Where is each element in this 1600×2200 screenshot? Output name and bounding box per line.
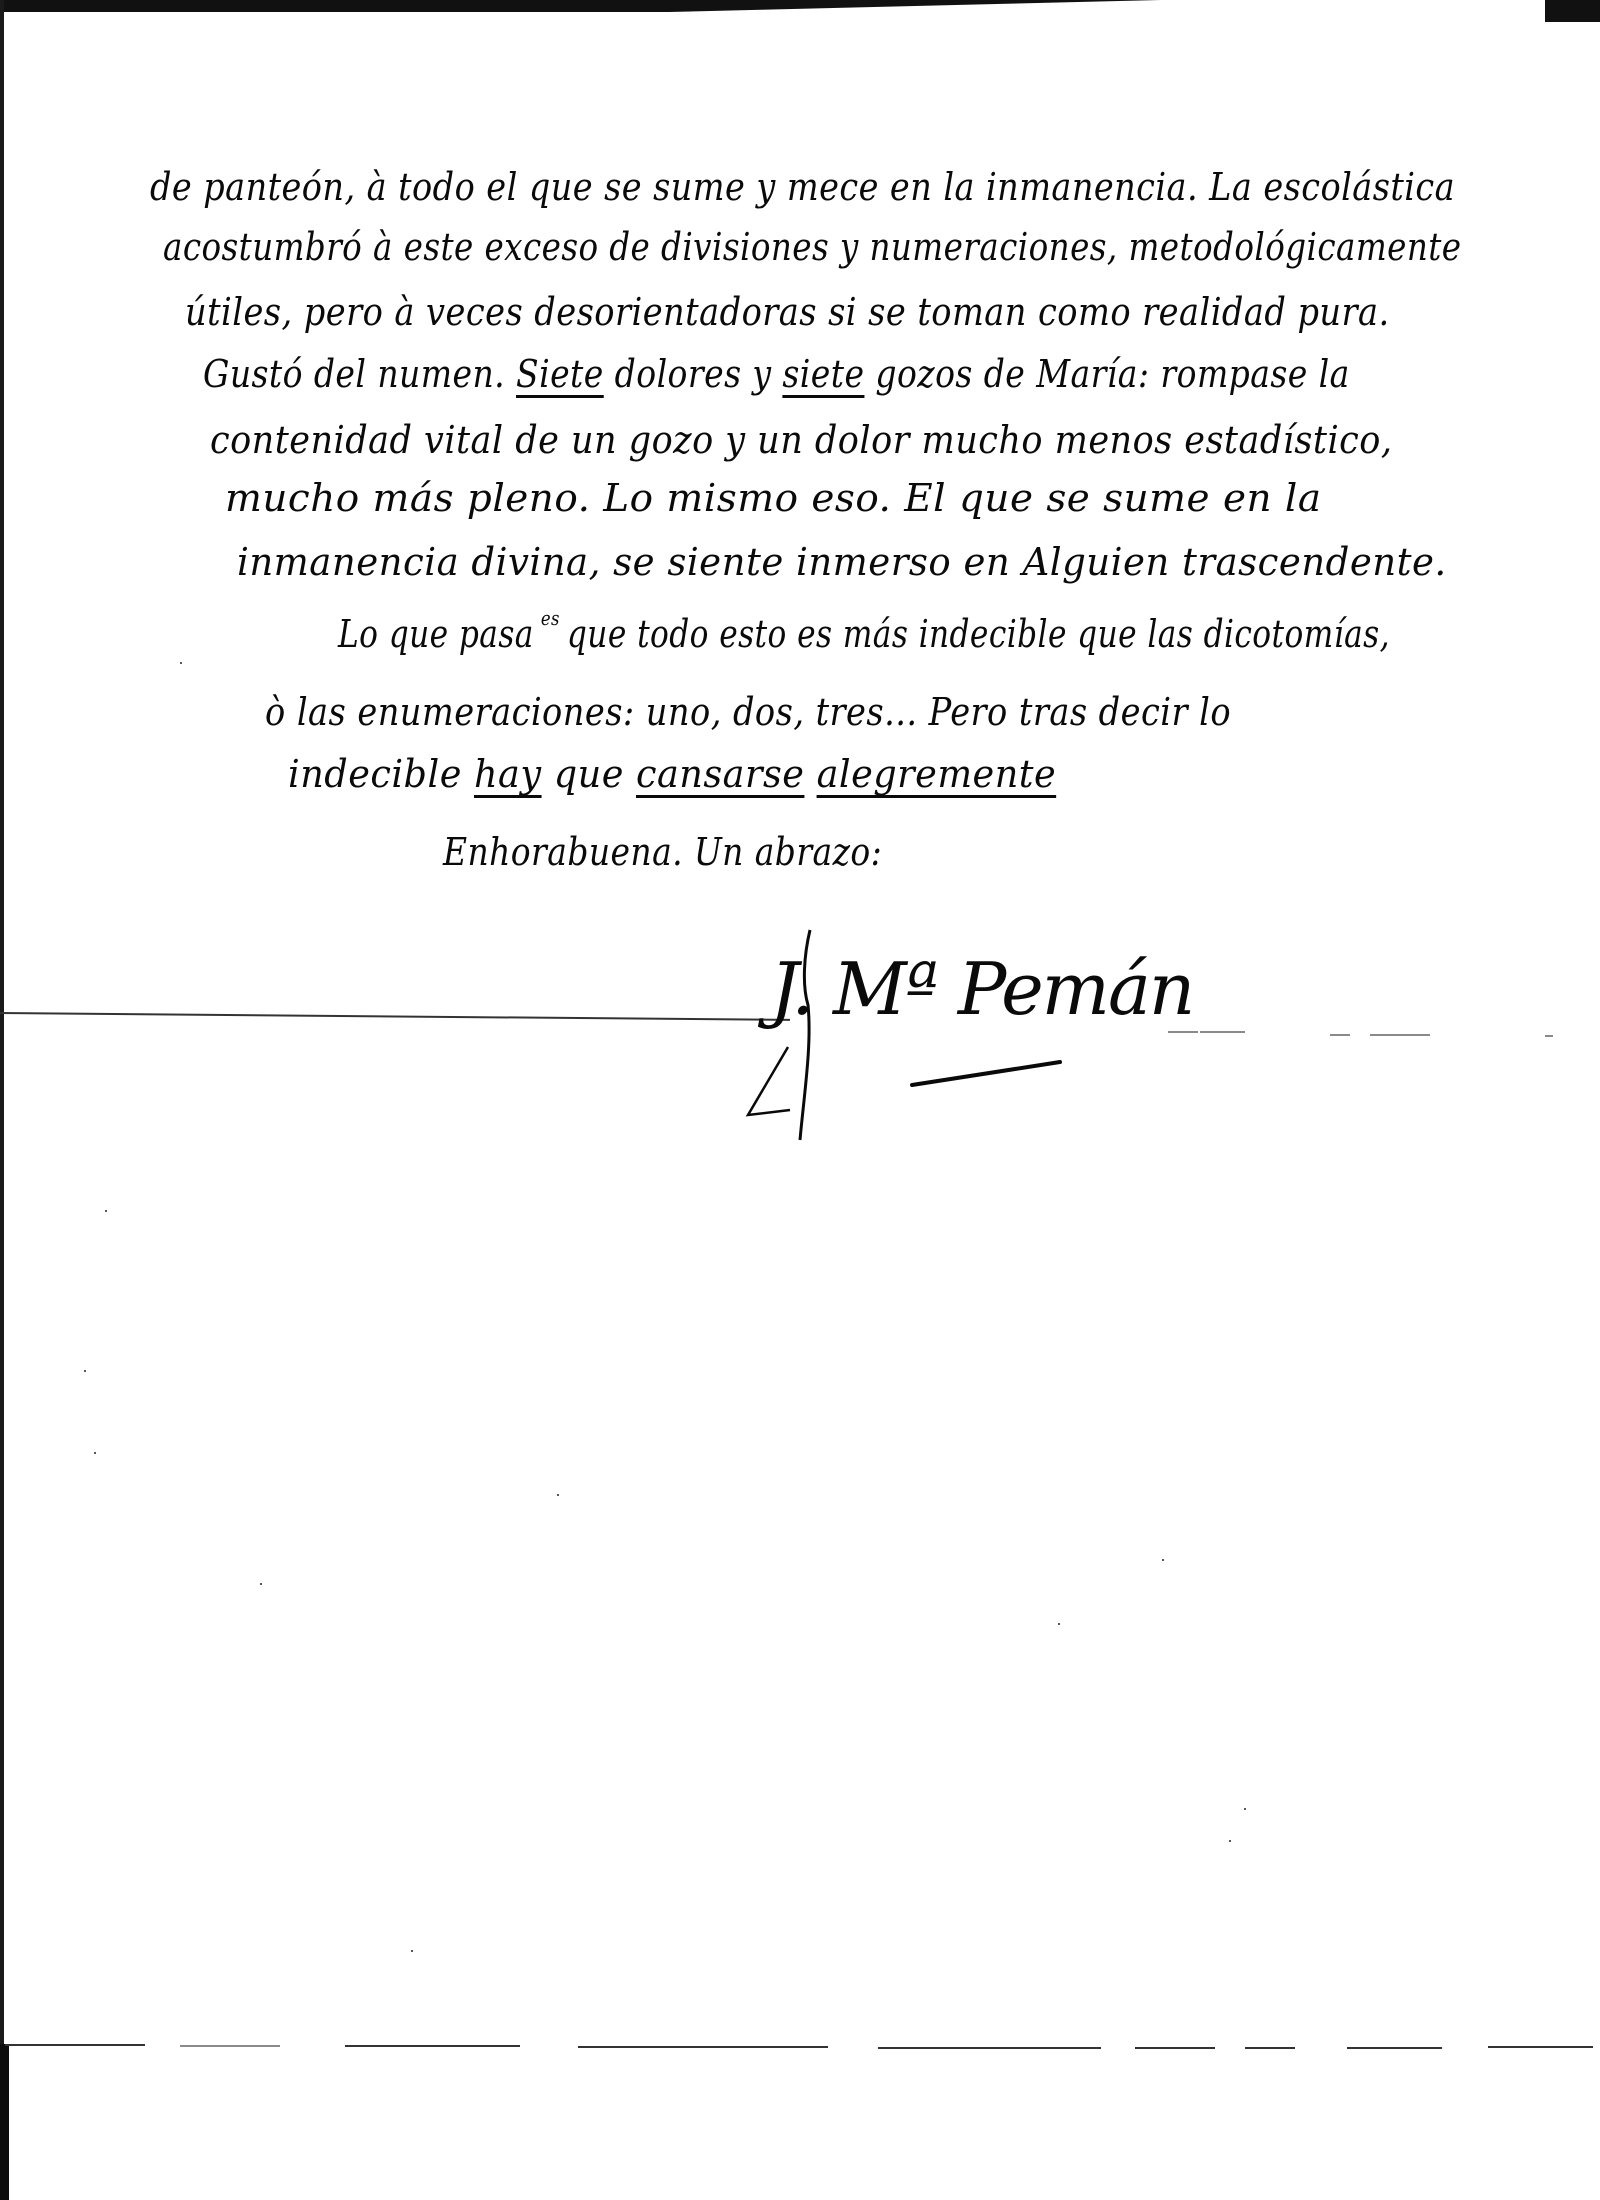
fold-dash — [1200, 1031, 1245, 1033]
scan-top-corner — [1545, 0, 1600, 22]
line-text: contenidad vital de un gozo y un dolor m… — [210, 418, 1392, 462]
inserted-word: es — [541, 606, 560, 630]
letter-line: contenidad vital de un gozo y un dolor m… — [210, 418, 1392, 462]
fold-line-bottom — [578, 2046, 828, 2048]
fold-dash — [180, 2045, 280, 2047]
fold-line-middle — [0, 1012, 790, 1021]
fold-dash — [1168, 1031, 1198, 1033]
letter-line: Enhorabuena. Un abrazo: — [443, 830, 882, 874]
underlined-word: Siete — [516, 352, 604, 396]
line-text: Gustó del numen. — [203, 352, 516, 396]
fold-line-bottom — [1347, 2047, 1442, 2049]
line-text: útiles, pero à veces desorientadoras si … — [185, 290, 1390, 334]
scan-left-edge — [0, 0, 4, 2044]
letter-line: ò las enumeraciones: uno, dos, tres... P… — [265, 690, 1231, 734]
underlined-word: cansarse — [636, 752, 804, 796]
scan-top-edge — [0, 0, 1600, 12]
fold-line-bottom — [345, 2045, 520, 2047]
line-text: indecible — [288, 752, 474, 796]
line-text: gozos de María: rompase la — [864, 352, 1349, 396]
speck — [105, 1210, 107, 1212]
fold-dash — [1370, 1034, 1430, 1036]
signature: J. Mª Pemán — [740, 925, 1120, 1155]
speck — [1162, 1559, 1164, 1561]
speck — [557, 1494, 559, 1496]
speck — [84, 1370, 86, 1372]
speck — [1058, 1623, 1060, 1625]
speck — [94, 1452, 96, 1454]
signature-text: J. Mª Pemán — [770, 947, 1193, 1031]
speck — [1229, 1840, 1231, 1842]
line-text: que — [542, 752, 636, 796]
speck — [260, 1583, 262, 1585]
fold-line-bottom — [1245, 2047, 1295, 2049]
fold-line-bottom — [878, 2047, 1101, 2049]
letter-line: Gustó del numen. Siete dolores y siete g… — [203, 352, 1350, 396]
speck — [180, 662, 182, 664]
line-text: Enhorabuena. Un abrazo: — [443, 830, 882, 874]
line-text: dolores y — [604, 352, 783, 396]
letter-line: mucho más pleno. Lo mismo eso. El que se… — [225, 476, 1322, 520]
underlined-word: siete — [782, 352, 864, 396]
letter-line: útiles, pero à veces desorientadoras si … — [185, 290, 1390, 334]
scan-left-edge-bottom — [0, 2044, 9, 2200]
fold-line-bottom — [1488, 2046, 1593, 2048]
line-text: acostumbró à este exceso de divisiones y… — [163, 225, 1462, 269]
letter-line: Lo que pasa es que todo esto es más inde… — [338, 612, 1390, 656]
line-text — [804, 752, 816, 796]
letter-line: inmanencia divina, se siente inmerso en … — [237, 540, 1447, 584]
line-text: ò las enumeraciones: uno, dos, tres... P… — [265, 690, 1231, 734]
line-text: Lo que pasa — [338, 612, 544, 656]
fold-dash — [1545, 1035, 1553, 1037]
letter-page: de panteón, à todo el que se sume y mece… — [0, 0, 1600, 2200]
underlined-word: hay — [474, 752, 542, 796]
line-text: mucho más pleno. Lo mismo eso. El que se… — [225, 476, 1322, 520]
letter-line: acostumbró à este exceso de divisiones y… — [163, 225, 1462, 269]
speck — [411, 1950, 413, 1952]
line-text: que todo esto es más indecible que las d… — [557, 612, 1390, 656]
letter-line: indecible hay que cansarse alegremente — [288, 752, 1056, 796]
fold-line-bottom — [5, 2044, 145, 2046]
speck — [1244, 1808, 1246, 1810]
fold-dash — [1330, 1034, 1350, 1036]
letter-line: de panteón, à todo el que se sume y mece… — [150, 165, 1455, 209]
fold-line-bottom — [1135, 2047, 1215, 2049]
line-text: inmanencia divina, se siente inmerso en … — [237, 540, 1447, 584]
line-text: de panteón, à todo el que se sume y mece… — [150, 165, 1455, 209]
underlined-word: alegremente — [817, 752, 1057, 796]
